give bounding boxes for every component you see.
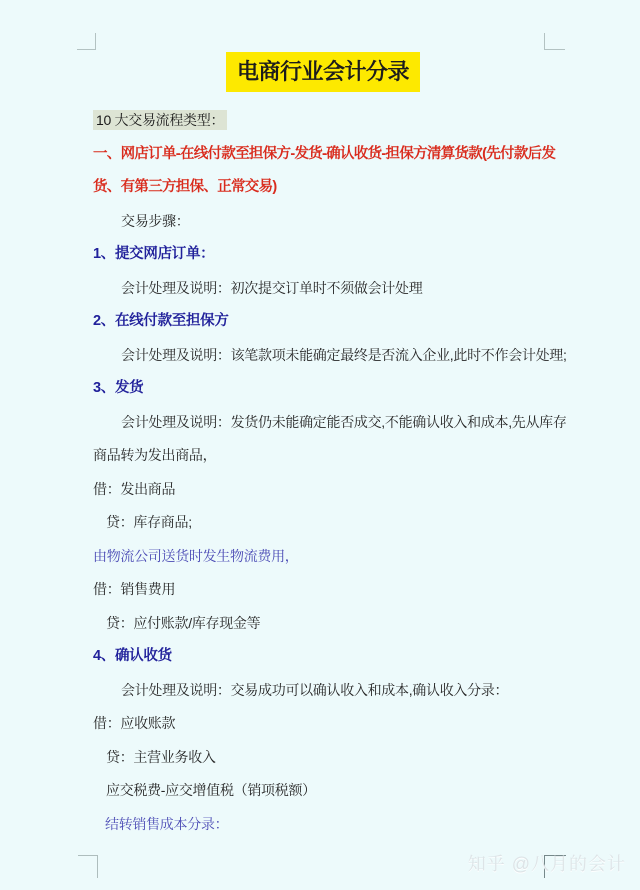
doc-line: 由物流公司送货时发生物流费用， (93, 540, 553, 574)
document-page: 电商行业会计分录 10 大交易流程类型：一、网店订单-在线付款至担保方-发货-确… (0, 0, 640, 890)
doc-line: 会计处理及说明：初次提交订单时不须做会计处理 (93, 272, 553, 306)
doc-line: 应交税费-应交增值税（销项税额） (93, 774, 553, 808)
watermark: 知乎 @八月的会计 (468, 850, 626, 876)
document-text-area: 电商行业会计分录 10 大交易流程类型：一、网店订单-在线付款至担保方-发货-确… (93, 50, 553, 841)
doc-line: 会计处理及说明：发货仍未能确定能否成交,不能确认收入和成本,先从库存 (93, 406, 553, 440)
doc-line: 会计处理及说明：交易成功可以确认收入和成本,确认收入分录： (93, 674, 553, 708)
page-corner-mark-top-left (77, 33, 96, 50)
doc-line: 10 大交易流程类型： (93, 104, 553, 138)
doc-line: 结转销售成本分录： (93, 808, 553, 842)
subtitle-highlight: 10 大交易流程类型： (93, 110, 227, 130)
doc-line: 借：发出商品 (93, 473, 553, 507)
doc-line: 交易步骤： (93, 205, 553, 239)
doc-line: 4、确认收货 (93, 640, 553, 674)
doc-line: 借：销售费用 (93, 573, 553, 607)
doc-line: 贷：主营业务收入 (93, 741, 553, 775)
doc-line: 借：应收账款 (93, 707, 553, 741)
page-title-highlight: 电商行业会计分录 (226, 52, 420, 92)
doc-line: 3、发货 (93, 372, 553, 406)
page-title: 电商行业会计分录 (93, 52, 553, 92)
doc-line: 2、在线付款至担保方 (93, 305, 553, 339)
page-corner-mark-bottom-left (78, 855, 98, 878)
doc-line: 一、网店订单-在线付款至担保方-发货-确认收货-担保方清算货款(先付款后发 (93, 138, 553, 172)
document-body: 10 大交易流程类型：一、网店订单-在线付款至担保方-发货-确认收货-担保方清算… (93, 104, 553, 841)
page-corner-mark-top-right (544, 33, 565, 50)
doc-line: 会计处理及说明：该笔款项未能确定最终是否流入企业,此时不作会计处理; (93, 339, 553, 373)
doc-line: 贷：库存商品; (93, 506, 553, 540)
doc-line: 1、提交网店订单： (93, 238, 553, 272)
doc-line: 商品转为发出商品， (93, 439, 553, 473)
doc-line: 货、有第三方担保、正常交易) (93, 171, 553, 205)
doc-line: 贷：应付账款/库存现金等 (93, 607, 553, 641)
